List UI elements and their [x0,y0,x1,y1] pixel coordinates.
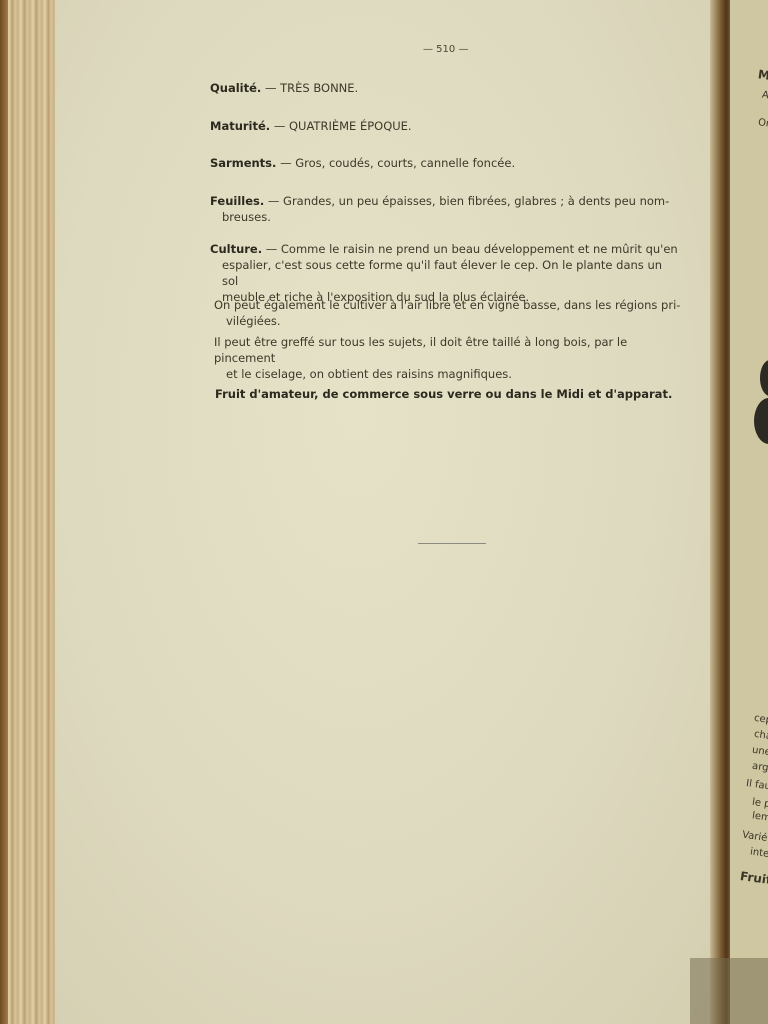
entry-text: — Grandes, un peu épaisses, bien fibrées… [268,194,669,208]
entry-qualite: Qualité. — TRÈS BONNE. [210,80,680,96]
entry-label: Culture. [210,242,262,256]
paragraph-line: vilégiées. [214,313,684,329]
next-page-fragment: M [757,67,768,83]
entry-feuilles: Feuilles. — Grandes, un peu épaisses, bi… [210,193,680,225]
paragraph-line: On peut également le cultiver à l'air li… [214,298,680,312]
page-number: — 510 — [423,44,468,55]
illustration-fragment [760,360,768,396]
book-spine-shadow [0,0,8,1024]
next-page-fragment: Fruit d [739,869,768,889]
next-page-fragment: le p [751,797,768,810]
next-page-fragment: cha [753,729,768,742]
next-page-fragment: inter [749,846,768,860]
entry-text: — QUATRIÈME ÉPOQUE. [274,119,412,133]
entry-label: Qualité. [210,81,261,95]
next-page-fragment: Or [757,117,768,130]
closing-line: Fruit d'amateur, de commerce sous verre … [215,386,685,402]
entry-continuation: espalier, c'est sous cette forme qu'il f… [210,257,680,289]
entry-text: — TRÈS BONNE. [265,81,358,95]
next-page-fragment: une [751,745,768,759]
entry-text: — Comme le raisin ne prend un beau dével… [266,242,678,256]
paragraph-greffe: Il peut être greffé sur tous les sujets,… [214,334,684,382]
paragraph-line: Il peut être greffé sur tous les sujets,… [214,335,627,365]
entry-sarments: Sarments. — Gros, coudés, courts, cannel… [210,155,680,171]
next-page-fragment: leme [751,810,768,824]
entry-continuation: breuses. [210,209,680,225]
book-page-edges [0,0,62,1024]
next-page-fragment: Variété [741,830,768,846]
entry-label: Sarments. [210,156,276,170]
next-page-fragment: argi [751,761,768,775]
next-page-fragment: A [761,90,768,102]
book-gutter [710,0,732,1024]
next-page-fragment: Il faut [745,778,768,793]
book-page [55,0,725,1024]
entry-text: — Gros, coudés, courts, cannelle foncée. [280,156,515,170]
next-page-fragment: cep [753,713,768,726]
next-page-edge: M A Or cep cha une argi Il faut le p lem… [730,0,768,1024]
entry-label: Feuilles. [210,194,264,208]
photo-thumbnail-overlay [690,958,768,1024]
section-divider [418,543,486,544]
entry-label: Maturité. [210,119,270,133]
paragraph-cultiver: On peut également le cultiver à l'air li… [214,297,684,329]
entry-maturite: Maturité. — QUATRIÈME ÉPOQUE. [210,118,680,134]
illustration-fragment [754,398,768,444]
paragraph-line: et le ciselage, on obtient des raisins m… [214,366,684,382]
entry-culture: Culture. — Comme le raisin ne prend un b… [210,241,680,305]
